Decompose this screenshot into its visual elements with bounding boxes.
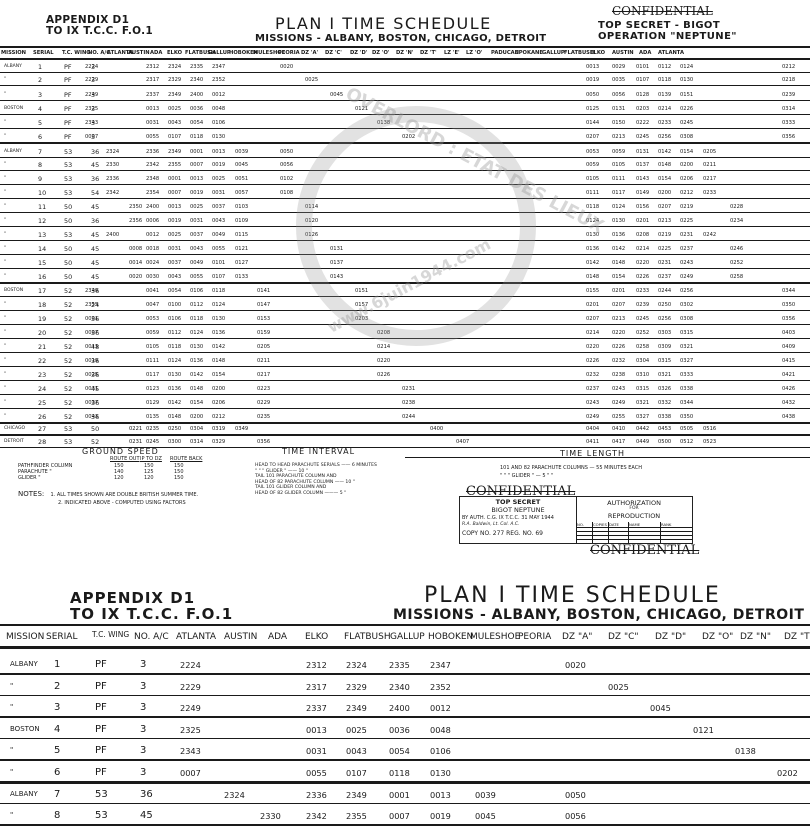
ground-speed-label: GLIDER " — [18, 475, 41, 481]
time-cell: 0055 — [306, 768, 327, 778]
row-rule — [0, 716, 810, 718]
serial-cell: 16 — [38, 273, 46, 281]
serial-cell: 3 — [54, 702, 60, 713]
serial-cell: 21 — [38, 343, 46, 351]
time-cell: 2349 — [168, 92, 181, 98]
serial-cell: 6 — [38, 133, 42, 141]
time-cell: 0106 — [190, 288, 203, 294]
time-cell: 0008 — [129, 246, 142, 252]
stamp-bigot: BIGOT NEPTUNE — [460, 506, 576, 514]
column-header: DZ "T" — [784, 632, 810, 642]
serial-cell: 2 — [38, 76, 42, 84]
row-rule — [0, 157, 810, 158]
time-cell: 0239 — [782, 92, 795, 98]
time-cell: 0237 — [586, 386, 599, 392]
time-cell: 0154 — [212, 372, 225, 378]
time-cell: 0031 — [168, 246, 181, 252]
wing-cell: 53 — [64, 189, 72, 197]
time-cell: 2312 — [306, 660, 327, 670]
wing-cell: PF — [64, 119, 72, 127]
time-cell: 2336 — [106, 176, 119, 182]
time-cell: 0220 — [377, 358, 390, 364]
time-cell: 0001 — [389, 790, 410, 800]
serial-cell: 25 — [38, 399, 46, 407]
wing-cell: 52 — [64, 315, 72, 323]
bottom-appendix-label: APPENDIX D1 TO IX T.C.C. F.O.1 — [70, 590, 233, 622]
bottom-appendix-line-2: TO IX T.C.C. F.O.1 — [70, 606, 233, 622]
time-cell: 0121 — [355, 106, 368, 112]
time-cell: 0206 — [212, 400, 225, 406]
time-cell: 0030 — [146, 274, 159, 280]
time-cell: 2347 — [430, 660, 451, 670]
aircraft-count-cell: 3 — [140, 681, 146, 692]
time-cell: 0048 — [212, 106, 225, 112]
column-header: DZ 'D' — [350, 50, 367, 56]
time-cell: 2336 — [146, 149, 159, 155]
time-cell: 0054 — [389, 746, 410, 756]
serial-cell: 22 — [38, 357, 46, 365]
time-cell: 0031 — [146, 120, 159, 126]
time-cell: 0207 — [612, 302, 625, 308]
time-cell: 0112 — [658, 64, 671, 70]
time-cell: 2355 — [346, 811, 367, 821]
time-interval-line: " " " GLIDER " —— 10 " — [255, 469, 308, 474]
time-cell: 0207 — [658, 204, 671, 210]
time-cell: 0219 — [658, 232, 671, 238]
column-header: GALLUP — [542, 50, 565, 56]
time-cell: 0117 — [146, 372, 159, 378]
time-cell: 0137 — [330, 260, 343, 266]
time-cell: 0129 — [146, 400, 159, 406]
wing-cell: PF — [64, 63, 72, 71]
time-cell: 0041 — [146, 288, 159, 294]
row-rule — [0, 352, 810, 353]
time-cell: 2342 — [146, 162, 159, 168]
column-header: GALLUP — [208, 50, 231, 56]
time-cell: 0124 — [612, 204, 625, 210]
row-rule — [0, 114, 810, 115]
row-rule — [0, 695, 810, 697]
time-cell: 2312 — [146, 64, 159, 70]
time-cell: 0226 — [612, 344, 625, 350]
wing-cell: 50 — [64, 203, 72, 211]
time-cell: 2324 — [224, 790, 245, 800]
time-cell: 0151 — [355, 288, 368, 294]
time-cell: 0007 — [389, 811, 410, 821]
bottom-header-rule — [0, 624, 810, 626]
ground-speed-header: ROUTE BACK — [170, 456, 202, 462]
serial-cell: 1 — [54, 659, 60, 670]
mission-cell: " — [4, 414, 6, 419]
time-cell: 0001 — [85, 316, 98, 322]
mission-cell: " — [10, 768, 13, 776]
ground-speed-header: ROUTE OUT — [110, 456, 140, 462]
time-cell: 0315 — [680, 330, 693, 336]
time-length-line: 101 AND 82 PARACHUTE COLUMNS — 55 MINUTE… — [500, 465, 642, 471]
time-cell: 2317 — [146, 77, 159, 83]
mission-cell: " — [4, 162, 6, 167]
time-cell: 0124 — [680, 64, 693, 70]
time-cell: 0148 — [586, 274, 599, 280]
row-rule — [0, 824, 810, 826]
time-cell: 0214 — [377, 344, 390, 350]
mission-cell: " — [4, 330, 6, 335]
time-cell: 0202 — [402, 134, 415, 140]
aircraft-count-cell: 45 — [91, 161, 99, 169]
time-cell: 0326 — [658, 386, 671, 392]
aircraft-count-cell: 36 — [140, 789, 153, 800]
time-cell: 0039 — [475, 790, 496, 800]
time-cell: 0151 — [680, 92, 693, 98]
time-cell: 0249 — [680, 274, 693, 280]
appendix-line-2: TO IX T.C.C. F.O.1 — [46, 26, 153, 37]
time-cell: 0206 — [680, 176, 693, 182]
time-cell: 0149 — [636, 190, 649, 196]
time-cell: 2354 — [146, 190, 159, 196]
mission-cell: " — [4, 77, 6, 82]
time-cell: 0238 — [402, 400, 415, 406]
time-cell: 0356 — [257, 439, 270, 445]
stamp-confidential-bottom: CONFIDENTIAL — [590, 543, 699, 558]
time-cell: 0118 — [190, 316, 203, 322]
time-cell: 0057 — [235, 190, 248, 196]
time-cell: 0123 — [146, 386, 159, 392]
row-rule — [0, 212, 810, 213]
serial-cell: 5 — [54, 745, 60, 756]
aircraft-count-cell: 45 — [91, 203, 99, 211]
time-cell: 0043 — [212, 218, 225, 224]
time-cell: 0407 — [456, 439, 469, 445]
time-cell: 0130 — [212, 134, 225, 140]
serial-cell: 9 — [38, 175, 42, 183]
time-cell: 0234 — [730, 218, 743, 224]
time-cell: 0025 — [305, 77, 318, 83]
column-header: T.C. WING — [62, 50, 91, 56]
time-cell: 0308 — [680, 134, 693, 140]
serial-cell: 23 — [38, 371, 46, 379]
time-cell: 0118 — [168, 344, 181, 350]
time-cell: 2317 — [306, 682, 327, 692]
time-interval-line: HEAD OF 82 PARACHUTE COLUMN —— 10 " — [255, 480, 355, 485]
ground-speed-value: 120 — [114, 475, 124, 481]
time-cell: 0047 — [146, 302, 159, 308]
time-cell: 0244 — [402, 414, 415, 420]
row-rule — [0, 338, 810, 339]
page-title: PLAN I TIME SCHEDULE — [275, 14, 492, 33]
column-header: DZ 'T' — [420, 50, 437, 56]
column-header: DZ "C" — [608, 632, 639, 642]
time-cell: 0050 — [565, 790, 586, 800]
aircraft-count-cell: 54 — [91, 189, 99, 197]
wing-cell: PF — [64, 76, 72, 84]
time-cell: 0126 — [305, 232, 318, 238]
time-cell: 0025 — [212, 176, 225, 182]
column-header: AUSTIN — [128, 50, 150, 56]
time-cell: 0314 — [782, 106, 795, 112]
time-cell: 0214 — [636, 246, 649, 252]
row-rule — [0, 282, 810, 284]
time-cell: 0154 — [658, 176, 671, 182]
time-cell: 0200 — [680, 162, 693, 168]
stamp-grid-row — [576, 531, 692, 532]
time-cell: 0157 — [355, 302, 368, 308]
time-cell: 0201 — [586, 302, 599, 308]
wing-cell: PF — [64, 91, 72, 99]
row-rule — [0, 268, 810, 269]
time-cell: 2325 — [180, 725, 201, 735]
stamp-for: FOR — [576, 506, 692, 511]
time-cell: 0148 — [190, 386, 203, 392]
watermark-text-bottom: www.6juin1944.com — [324, 234, 494, 336]
time-cell: 0118 — [389, 768, 410, 778]
time-cell: 2400 — [389, 703, 410, 713]
time-cell: 0135 — [146, 414, 159, 420]
column-header: SERIAL — [46, 632, 77, 642]
time-cell: 0045 — [330, 92, 343, 98]
time-cell: 0051 — [235, 176, 248, 182]
time-cell: 0505 — [680, 426, 693, 432]
time-cell: 0321 — [658, 372, 671, 378]
mission-cell: " — [4, 358, 6, 363]
time-cell: 0136 — [212, 330, 225, 336]
time-cell: 2336 — [306, 790, 327, 800]
time-cell: 2330 — [260, 811, 281, 821]
time-cell: 0233 — [658, 120, 671, 126]
time-cell: 0130 — [190, 344, 203, 350]
time-cell: 0208 — [377, 330, 390, 336]
time-cell: 0232 — [612, 358, 625, 364]
time-cell: 0130 — [612, 218, 625, 224]
time-cell: 0310 — [636, 372, 649, 378]
time-cell: 0100 — [168, 302, 181, 308]
time-cell: 0329 — [212, 439, 225, 445]
time-cell: 0249 — [612, 400, 625, 406]
classification-line-2: OPERATION "NEPTUNE" — [598, 31, 737, 42]
time-cell: 0117 — [612, 190, 625, 196]
time-cell: 0222 — [636, 120, 649, 126]
time-cell: 0025 — [168, 232, 181, 238]
wing-cell: PF — [95, 767, 107, 778]
time-cell: 0237 — [680, 246, 693, 252]
time-cell: 0112 — [190, 302, 203, 308]
time-cell: 2340 — [190, 77, 203, 83]
notes: NOTES: 1. ALL TIMES SHOWN ARE DOUBLE BRI… — [18, 490, 198, 498]
time-cell: 0019 — [586, 77, 599, 83]
time-cell: 0118 — [658, 77, 671, 83]
mission-cell: " — [4, 316, 6, 321]
column-header: PEORIA — [278, 50, 300, 56]
time-cell: 0201 — [612, 288, 625, 294]
time-cell: 2347 — [212, 64, 225, 70]
time-cell: 0106 — [168, 316, 181, 322]
classification-line-1: TOP SECRET - BIGOT — [598, 20, 737, 31]
row-rule — [0, 85, 810, 86]
time-cell: 0035 — [612, 77, 625, 83]
mission-cell: " — [4, 246, 6, 251]
time-cell: 0107 — [168, 134, 181, 140]
time-cell: 0107 — [636, 77, 649, 83]
time-interval-title: TIME INTERVAL — [282, 447, 355, 456]
time-cell: 0411 — [586, 439, 599, 445]
time-cell: 0130 — [586, 232, 599, 238]
time-cell: 0049 — [190, 260, 203, 266]
time-cell: 0255 — [612, 414, 625, 420]
time-cell: 0050 — [280, 149, 293, 155]
time-cell: 0048 — [430, 725, 451, 735]
time-cell: 0054 — [168, 288, 181, 294]
time-cell: 0258 — [730, 274, 743, 280]
wing-cell: 52 — [64, 385, 72, 393]
time-cell: 0031 — [212, 190, 225, 196]
row-rule — [0, 434, 810, 436]
time-cell: 0226 — [586, 358, 599, 364]
time-interval-line: TAIL 101 GLIDER COLUMN AND — [255, 485, 326, 490]
row-rule — [0, 100, 810, 101]
row-rule — [0, 324, 810, 325]
time-cell: 0147 — [257, 302, 270, 308]
time-cell: 0056 — [280, 162, 293, 168]
mission-cell: " — [4, 274, 6, 279]
row-rule — [0, 184, 810, 185]
time-cell: 2329 — [168, 77, 181, 83]
time-cell: 0327 — [680, 358, 693, 364]
serial-cell: 1 — [38, 63, 42, 71]
time-cell: 0218 — [782, 77, 795, 83]
reproduction-stamp: TOP SECRET BIGOT NEPTUNE BY AUTH. C.G. I… — [459, 496, 693, 544]
time-cell: 0130 — [430, 768, 451, 778]
time-cell: 0043 — [85, 414, 98, 420]
row-rule — [0, 296, 810, 297]
time-cell: 0154 — [680, 149, 693, 155]
time-cell: 0453 — [658, 426, 671, 432]
time-cell: 0226 — [636, 274, 649, 280]
time-cell: 2335 — [389, 660, 410, 670]
ground-speed-value: 150 — [174, 475, 184, 481]
row-rule — [0, 310, 810, 311]
time-cell: 0045 — [235, 162, 248, 168]
time-cell: 0056 — [612, 92, 625, 98]
time-cell: 0148 — [212, 358, 225, 364]
serial-cell: 13 — [38, 231, 46, 239]
wing-cell: 52 — [64, 329, 72, 337]
row-rule — [0, 240, 810, 241]
column-header: PEORIA — [518, 632, 551, 642]
wing-cell: 50 — [64, 245, 72, 253]
time-cell: 2349 — [346, 703, 367, 713]
time-cell: 2249 — [180, 703, 201, 713]
time-length-rule — [405, 457, 810, 458]
wing-cell: 53 — [64, 161, 72, 169]
time-cell: 0309 — [658, 344, 671, 350]
time-cell: 0013 — [306, 725, 327, 735]
wing-cell: 53 — [64, 231, 72, 239]
wing-cell: 52 — [64, 287, 72, 295]
time-cell: 0203 — [355, 316, 368, 322]
time-cell: 0304 — [190, 426, 203, 432]
aircraft-count-cell: 45 — [91, 245, 99, 253]
time-cell: 0303 — [658, 330, 671, 336]
aircraft-count-cell: 3 — [140, 767, 146, 778]
column-header: FLATBUSH — [344, 632, 391, 642]
wing-cell: 50 — [64, 273, 72, 281]
time-cell: 0121 — [693, 725, 714, 735]
time-cell: 0148 — [658, 162, 671, 168]
mission-cell: ALBANY — [4, 64, 22, 69]
column-header: SPOKANE — [515, 50, 543, 56]
time-cell: 0138 — [377, 120, 390, 126]
time-cell: 0130 — [680, 77, 693, 83]
column-header: ATLANTA — [176, 632, 216, 642]
time-cell: 0321 — [636, 400, 649, 406]
time-cell: 2224 — [180, 660, 201, 670]
time-cell: 0243 — [586, 400, 599, 406]
time-cell: 2340 — [389, 682, 410, 692]
time-cell: 0200 — [190, 414, 203, 420]
time-length-line: " " " GLIDER " — 5 " " — [500, 473, 553, 479]
time-cell: 0019 — [168, 218, 181, 224]
time-cell: 2349 — [168, 149, 181, 155]
time-cell: 2352 — [212, 77, 225, 83]
column-header: LZ 'E' — [444, 50, 460, 56]
time-cell: 0128 — [636, 92, 649, 98]
wing-cell: PF — [95, 681, 107, 692]
aircraft-count-cell: 45 — [91, 259, 99, 267]
time-cell: 0142 — [190, 372, 203, 378]
serial-cell: 8 — [38, 161, 42, 169]
time-cell: 0137 — [636, 162, 649, 168]
time-cell: 0426 — [782, 386, 795, 392]
time-cell: 0055 — [146, 134, 159, 140]
time-cell: 0131 — [636, 149, 649, 155]
serial-cell: 17 — [38, 287, 46, 295]
stamp-grid-row — [576, 535, 692, 536]
time-cell: 0142 — [168, 400, 181, 406]
serial-cell: 4 — [38, 105, 42, 113]
time-cell: 0308 — [680, 316, 693, 322]
time-cell: 2400 — [146, 204, 159, 210]
time-cell: 0338 — [680, 386, 693, 392]
time-cell: 0136 — [190, 358, 203, 364]
time-cell: 0049 — [212, 232, 225, 238]
time-cell: 0012 — [212, 92, 225, 98]
time-cell: 2324 — [106, 149, 119, 155]
time-cell: 0007 — [85, 330, 98, 336]
serial-cell: 7 — [38, 148, 42, 156]
column-header: AUSTIN — [224, 632, 257, 642]
time-cell: 0118 — [212, 288, 225, 294]
wing-cell: 53 — [95, 810, 108, 821]
note-2: 2. INDICATED ABOVE - COMPUTED USING FACT… — [58, 500, 186, 506]
time-cell: 0245 — [146, 439, 159, 445]
time-cell: 0245 — [680, 120, 693, 126]
time-cell: 0442 — [636, 426, 649, 432]
time-cell: 0007 — [168, 190, 181, 196]
time-cell: 2343 — [85, 120, 98, 126]
time-cell: 0037 — [212, 204, 225, 210]
mission-cell: " — [4, 92, 6, 97]
time-cell: 0121 — [235, 246, 248, 252]
wing-cell: PF — [95, 745, 107, 756]
time-cell: 0344 — [680, 400, 693, 406]
serial-cell: 3 — [38, 91, 42, 99]
time-cell: 0150 — [612, 120, 625, 126]
wing-cell: 50 — [64, 259, 72, 267]
time-cell: 0417 — [612, 439, 625, 445]
time-cell: 0203 — [636, 106, 649, 112]
column-header: AUSTIN — [612, 50, 634, 56]
time-cell: 0219 — [680, 204, 693, 210]
time-cell: 0020 — [129, 274, 142, 280]
